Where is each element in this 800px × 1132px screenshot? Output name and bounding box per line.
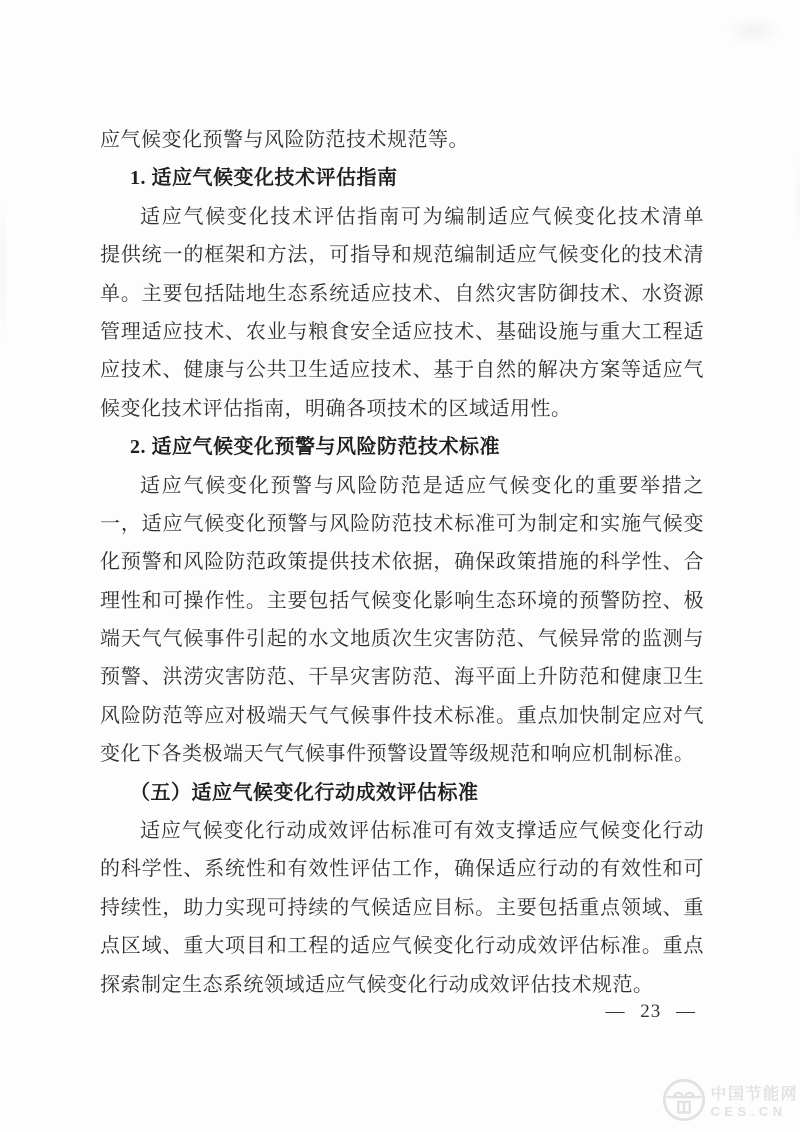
body-text-line: 理性和可操作性。主要包括气候变化影响生态环境的预警防控、极 (100, 582, 704, 620)
body-text-line: 候变化技术评估指南，明确各项技术的区域适用性。 (100, 390, 704, 428)
heading-line: （五）适应气候变化行动成效评估标准 (100, 774, 704, 812)
body-text-line: 的科学性、系统性和有效性评估工作，确保适应行动的有效性和可 (100, 850, 704, 888)
body-text-line: 单。主要包括陆地生态系统适应技术、自然灾害防御技术、水资源 (100, 275, 704, 313)
heading-line: 1. 适应气候变化技术评估指南 (100, 159, 704, 197)
body-text-line: 端天气气候事件引起的水文地质次生灾害防范、气候异常的监测与 (100, 620, 704, 658)
body-text-line: 点区域、重大项目和工程的适应气候变化行动成效评估标准。重点 (100, 927, 704, 965)
scan-artifact (0, 170, 10, 370)
ces-circle-logo-icon (661, 1077, 707, 1128)
body-text-line: 适应气候变化预警与风险防范是适应气候变化的重要举措之 (100, 467, 704, 505)
body-text-line: 变化下各类极端天气气候事件预警设置等级规范和响应机制标准。 (100, 735, 704, 773)
watermark-site-code: CES.CN (710, 1105, 798, 1119)
body-text-line: 适应气候变化行动成效评估标准可有效支撑适应气候变化行动 (100, 812, 704, 850)
body-text-line: 管理适应技术、农业与粮食安全适应技术、基础设施与重大工程适 (100, 313, 704, 351)
scan-artifact (714, 8, 794, 54)
body-text-line: 风险防范等应对极端天气气候事件技术标准。重点加快制定应对气候 (100, 697, 704, 735)
body-text-line: 适应气候变化技术评估指南可为编制适应气候变化技术清单 (100, 198, 704, 236)
watermark-text: 中国节能网 CES.CN (710, 1086, 798, 1120)
body-text-line: 探索制定生态系统领域适应气候变化行动成效评估技术规范。 (100, 966, 704, 1004)
body-text-line: 一，适应气候变化预警与风险防范技术标准可为制定和实施气候变 (100, 505, 704, 543)
body-text-line: 应气候变化预警与风险防范技术规范等。 (100, 121, 704, 159)
body-text-line: 预警、洪涝灾害防范、干旱灾害防范、海平面上升防范和健康卫生 (100, 658, 704, 696)
document-page: 应气候变化预警与风险防范技术规范等。1. 适应气候变化技术评估指南适应气候变化技… (0, 0, 800, 1132)
body-text-line: 化预警和风险防范政策提供技术依据，确保政策措施的科学性、合 (100, 543, 704, 581)
body-text-line: 持续性，助力实现可持续的气候适应目标。主要包括重点领域、重 (100, 889, 704, 927)
document-text-block: 应气候变化预警与风险防范技术规范等。1. 适应气候变化技术评估指南适应气候变化技… (100, 121, 704, 1004)
heading-line: 2. 适应气候变化预警与风险防范技术标准 (100, 428, 704, 466)
body-text-line: 提供统一的框架和方法，可指导和规范编制适应气候变化的技术清 (100, 236, 704, 274)
page-number: — 23 — (606, 1001, 697, 1023)
body-text-line: 应技术、健康与公共卫生适应技术、基于自然的解决方案等适应气 (100, 351, 704, 389)
scan-artifact (793, 140, 800, 260)
watermark: 中国节能网 CES.CN (661, 1077, 798, 1128)
watermark-site-name: 中国节能网 (710, 1086, 798, 1104)
